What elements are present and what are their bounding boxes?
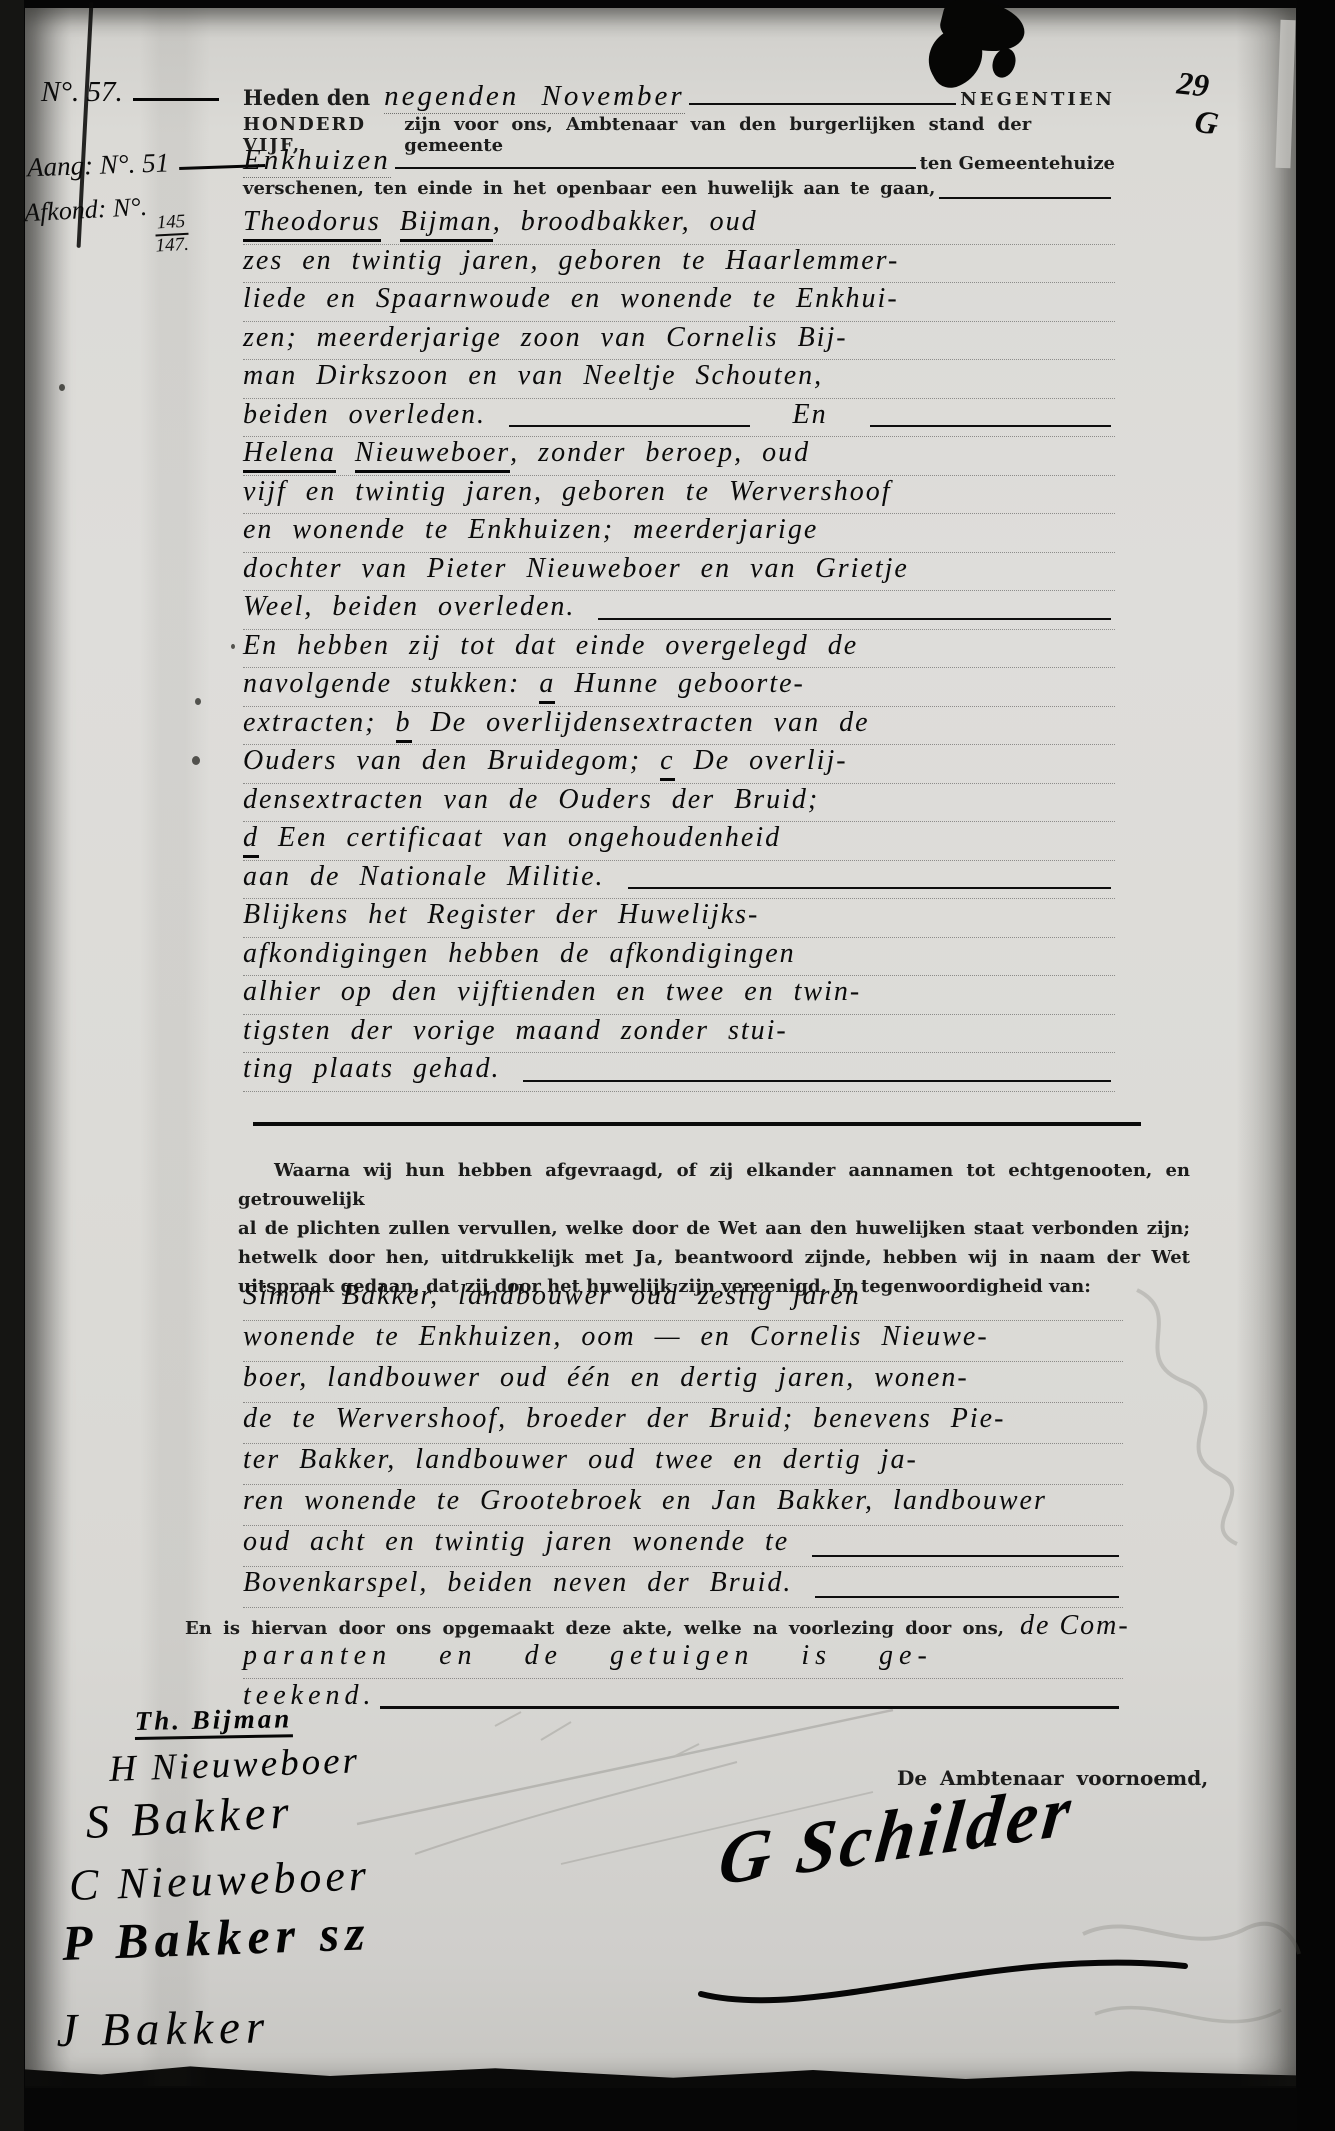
header-rule (939, 196, 1111, 199)
afkondiging-denominator: 147. (155, 232, 189, 256)
text-segment: al de plichten zullen vervullen, welke d… (238, 1218, 1190, 1239)
text-line: man Dirkszoon en van Neeltje Schouten, (243, 360, 1115, 399)
signature-witness-3: P Bakker sz (61, 1903, 371, 1972)
text-line: Bovenkarspel, beiden neven der Bruid. (243, 1567, 1123, 1608)
text-line: Weel, beiden overleden. (243, 591, 1115, 630)
text-segment: liede en Spaarnwoude en wonende te Enkhu… (243, 283, 899, 315)
text-segment: Ouders van den Bruidegom; (243, 745, 660, 777)
header-written-city: Enkhuizen (243, 144, 391, 178)
text-segment: dochter van Pieter Nieuweboer en van Gri… (243, 553, 909, 585)
header-written-date: negenden November (384, 80, 685, 114)
text-line: afkondigingen hebben de afkondigingen (243, 938, 1115, 977)
text-line: wonende te Enkhuizen, oom — en Cornelis … (243, 1321, 1123, 1362)
text-line: Waarna wij hun hebben afgevraagd, of zij… (238, 1156, 1190, 1214)
text-line: extracten; b De overlijdensextracten van… (243, 707, 1115, 746)
text-line: Simon Bakker, landbouwer oud zestig jare… (243, 1280, 1123, 1321)
header-printed-negentien: NEGENTIEN (960, 89, 1115, 110)
text-segment: , beantwoord zijnde, hebben wij in naam … (657, 1247, 1190, 1268)
text-line: de te Wervershoof, broeder der Bruid; be… (243, 1403, 1123, 1444)
margin-rule (133, 98, 219, 101)
text-line: zes en twintig jaren, geboren te Haarlem… (243, 245, 1115, 284)
filler-rule (598, 617, 1111, 620)
text-segment: boer, landbouwer oud één en dertig jaren… (243, 1362, 969, 1394)
closing-line: En is hiervan door ons opgemaakt deze ak… (185, 1610, 1195, 1644)
text-line: vijf en twintig jaren, geboren te Werver… (243, 476, 1115, 515)
header-line-verschenen: verschenen, ten einde in het openbaar ee… (243, 178, 1115, 208)
text-segment: a (539, 668, 555, 704)
stain-speck (192, 756, 200, 765)
text-segment: beiden overleden. (243, 399, 505, 431)
text-segment: En (754, 399, 865, 431)
margin-act-number-text: N°. 57. (41, 76, 123, 109)
text-segment: tigsten der vorige maand zonder stui- (243, 1015, 788, 1047)
margin-act-number: N°. 57. (41, 76, 271, 109)
stain-speck (195, 698, 201, 705)
text-segment: wonende te Enkhuizen, oom — en Cornelis … (243, 1321, 989, 1353)
signature-bride: H Nieuweboer (108, 1739, 360, 1791)
text-segment: , zonder beroep, oud (510, 437, 810, 469)
margin-aangifte-number: Aang: N°. 51 (27, 144, 276, 184)
header-rule (395, 166, 916, 169)
page-edge-highlight (1275, 20, 1295, 168)
bleed-through-mark (1107, 1274, 1297, 1554)
text-line: tigsten der vorige maand zonder stui- (243, 1015, 1115, 1054)
margin-afkondiging-number: Afkond: N°. 145147. (23, 190, 189, 263)
closing-printed-text: En is hiervan door ons opgemaakt deze ak… (185, 1618, 1004, 1639)
header-line-date: Heden den negenden November NEGENTIEN (243, 80, 1115, 114)
stain-speck (231, 644, 235, 649)
text-segment: navolgende stukken: (243, 668, 539, 700)
filler-rule (509, 424, 750, 427)
text-segment: b (396, 707, 412, 743)
text-line: en wonende te Enkhuizen; meerderjarige (243, 514, 1115, 553)
text-segment: ren wonende te Grootebroek en Jan Bakker… (243, 1485, 1047, 1517)
text-segment: d (243, 822, 259, 858)
text-line: aan de Nationale Militie. (243, 861, 1115, 900)
text-segment: ting plaats gehad. (243, 1053, 519, 1085)
text-line: navolgende stukken: a Hunne geboorte- (243, 668, 1115, 707)
text-segment: c (660, 745, 674, 781)
text-segment: ter Bakker, landbouwer oud twee en derti… (243, 1444, 918, 1476)
text-segment: zen; meerderjarige zoon van Cornelis Bij… (243, 322, 848, 354)
text-segment: vijf en twintig jaren, geboren te Werver… (243, 476, 891, 508)
text-line: Theodorus Bijman, broodbakker, oud (243, 206, 1115, 245)
text-segment: zes en twintig jaren, geboren te Haarlem… (243, 245, 899, 277)
signature-witness-4: J Bakker (56, 2000, 271, 2058)
filler-rule (812, 1554, 1119, 1557)
page-corner-letter: G (1192, 102, 1221, 142)
text-line: ren wonende te Grootebroek en Jan Bakker… (243, 1485, 1123, 1526)
text-line: En hebben zij tot dat einde overgelegd d… (243, 630, 1115, 669)
text-segment: densextracten van de Ouders der Bruid; (243, 784, 819, 816)
filler-rule (628, 886, 1111, 889)
page-corner-number: 29 (1175, 64, 1211, 104)
text-segment: oud acht en twintig jaren wonende te (243, 1526, 808, 1558)
text-line: boer, landbouwer oud één en dertig jaren… (243, 1362, 1123, 1403)
stain-speck (59, 384, 65, 391)
text-segment: De overlij- (675, 745, 848, 777)
text-line: Helena Nieuweboer, zonder beroep, oud (243, 437, 1115, 476)
text-segment: Nieuweboer (355, 437, 510, 473)
text-segment (381, 206, 400, 238)
text-segment: afkondigingen hebben de afkondigingen (243, 938, 796, 970)
header-printed-ambtenaar: zijn voor ons, Ambtenaar van den burgerl… (404, 114, 1033, 156)
document-page: 29 G N°. 57. Aang: N°. 51 Afkond: N°. 14… (25, 8, 1296, 2086)
scanned-marriage-certificate: { "page": { "corner_number": "29", "corn… (0, 0, 1335, 2131)
text-segment: Waarna wij hun hebben afgevraagd, of zij… (238, 1160, 1190, 1210)
text-line: oud acht en twintig jaren wonende te (243, 1526, 1123, 1567)
text-line: ting plaats gehad. (243, 1053, 1115, 1092)
bleed-through-mark (1067, 1894, 1307, 2084)
margin-afkondiging-fraction: 145147. (154, 212, 189, 257)
text-segment: aan de Nationale Militie. (243, 861, 624, 893)
text-segment: hetwelk door hen, uitdrukkelijk met (238, 1247, 635, 1268)
section-divider-rule (253, 1122, 1141, 1126)
text-segment: Weel, beiden overleden. (243, 591, 594, 623)
text-segment: En hebben zij tot dat einde overgelegd d… (243, 630, 858, 662)
text-segment: Blijkens het Register der Huwelijks- (243, 899, 759, 931)
text-line: Blijkens het Register der Huwelijks- (243, 899, 1115, 938)
margin-afkondiging-label: Afkond: N°. (23, 192, 147, 227)
text-segment: Een certificaat van ongehoudenheid (259, 822, 781, 854)
act-body: Theodorus Bijman, broodbakker, oudzes en… (243, 206, 1115, 1092)
header-printed-gemeentehuize: ten Gemeentehuize (920, 153, 1115, 174)
text-line: al de plichten zullen vervullen, welke d… (238, 1214, 1190, 1243)
text-segment: Bijman (400, 206, 493, 242)
header-rule (689, 102, 957, 105)
signature-witness-1: S Bakker (84, 1785, 295, 1850)
afkondiging-numerator: 145 (154, 212, 188, 234)
text-segment: Ja (635, 1247, 657, 1268)
header-line-year: HONDERD VIJF, zijn voor ons, Ambtenaar v… (243, 114, 1033, 144)
signature-groom: Th. Bijman (134, 1703, 292, 1740)
signature-witness-2: C Nieuweboer (68, 1850, 371, 1911)
text-line: alhier op den vijftienden en twee en twi… (243, 976, 1115, 1015)
text-segment: , broodbakker, oud (493, 206, 758, 238)
text-segment: Simon Bakker, landbouwer oud zestig jare… (243, 1280, 861, 1312)
text-segment: Hunne geboorte- (555, 668, 805, 700)
text-segment: Helena (243, 437, 336, 473)
text-line: densextracten van de Ouders der Bruid; (243, 784, 1115, 823)
text-line: beiden overleden. En (243, 399, 1115, 438)
text-line: Ouders van den Bruidegom; c De overlij- (243, 745, 1115, 784)
text-line: zen; meerderjarige zoon van Cornelis Bij… (243, 322, 1115, 361)
filler-rule (870, 424, 1111, 427)
text-segment: man Dirkszoon en van Neeltje Schouten, (243, 360, 823, 392)
margin-aangifte-text: Aang: N°. 51 (27, 147, 170, 183)
act-header: Heden den negenden November NEGENTIEN HO… (243, 80, 1115, 208)
text-segment: en wonende te Enkhuizen; meerderjarige (243, 514, 818, 546)
text-segment: De overlijdensextracten van de (412, 707, 870, 739)
text-line: liede en Spaarnwoude en wonende te Enkhu… (243, 283, 1115, 322)
text-segment: de te Wervershoof, broeder der Bruid; be… (243, 1403, 1005, 1435)
text-line: ter Bakker, landbouwer oud twee en derti… (243, 1444, 1123, 1485)
closing-written-inline: de Com- (1020, 1610, 1130, 1642)
header-printed-verschenen: verschenen, ten einde in het openbaar ee… (243, 178, 935, 199)
bleed-through-mark (345, 1696, 905, 1876)
header-printed-heden-den: Heden den (243, 85, 370, 110)
filler-rule (815, 1595, 1119, 1598)
text-line: d Een certificaat van ongehoudenheid (243, 822, 1115, 861)
filler-rule (523, 1079, 1111, 1082)
closing-written-line-1: paranten en de getuigen is ge- (243, 1640, 1123, 1679)
text-segment: Bovenkarspel, beiden neven der Bruid. (243, 1567, 811, 1599)
text-segment: alhier op den vijftienden en twee en twi… (243, 976, 861, 1008)
text-segment: Theodorus (243, 206, 381, 242)
text-segment: extracten; (243, 707, 396, 739)
text-segment (336, 437, 355, 469)
text-line: dochter van Pieter Nieuweboer en van Gri… (243, 553, 1115, 592)
witness-body: Simon Bakker, landbouwer oud zestig jare… (243, 1280, 1123, 1608)
text-line: hetwelk door hen, uitdrukkelijk met Ja, … (238, 1243, 1190, 1272)
